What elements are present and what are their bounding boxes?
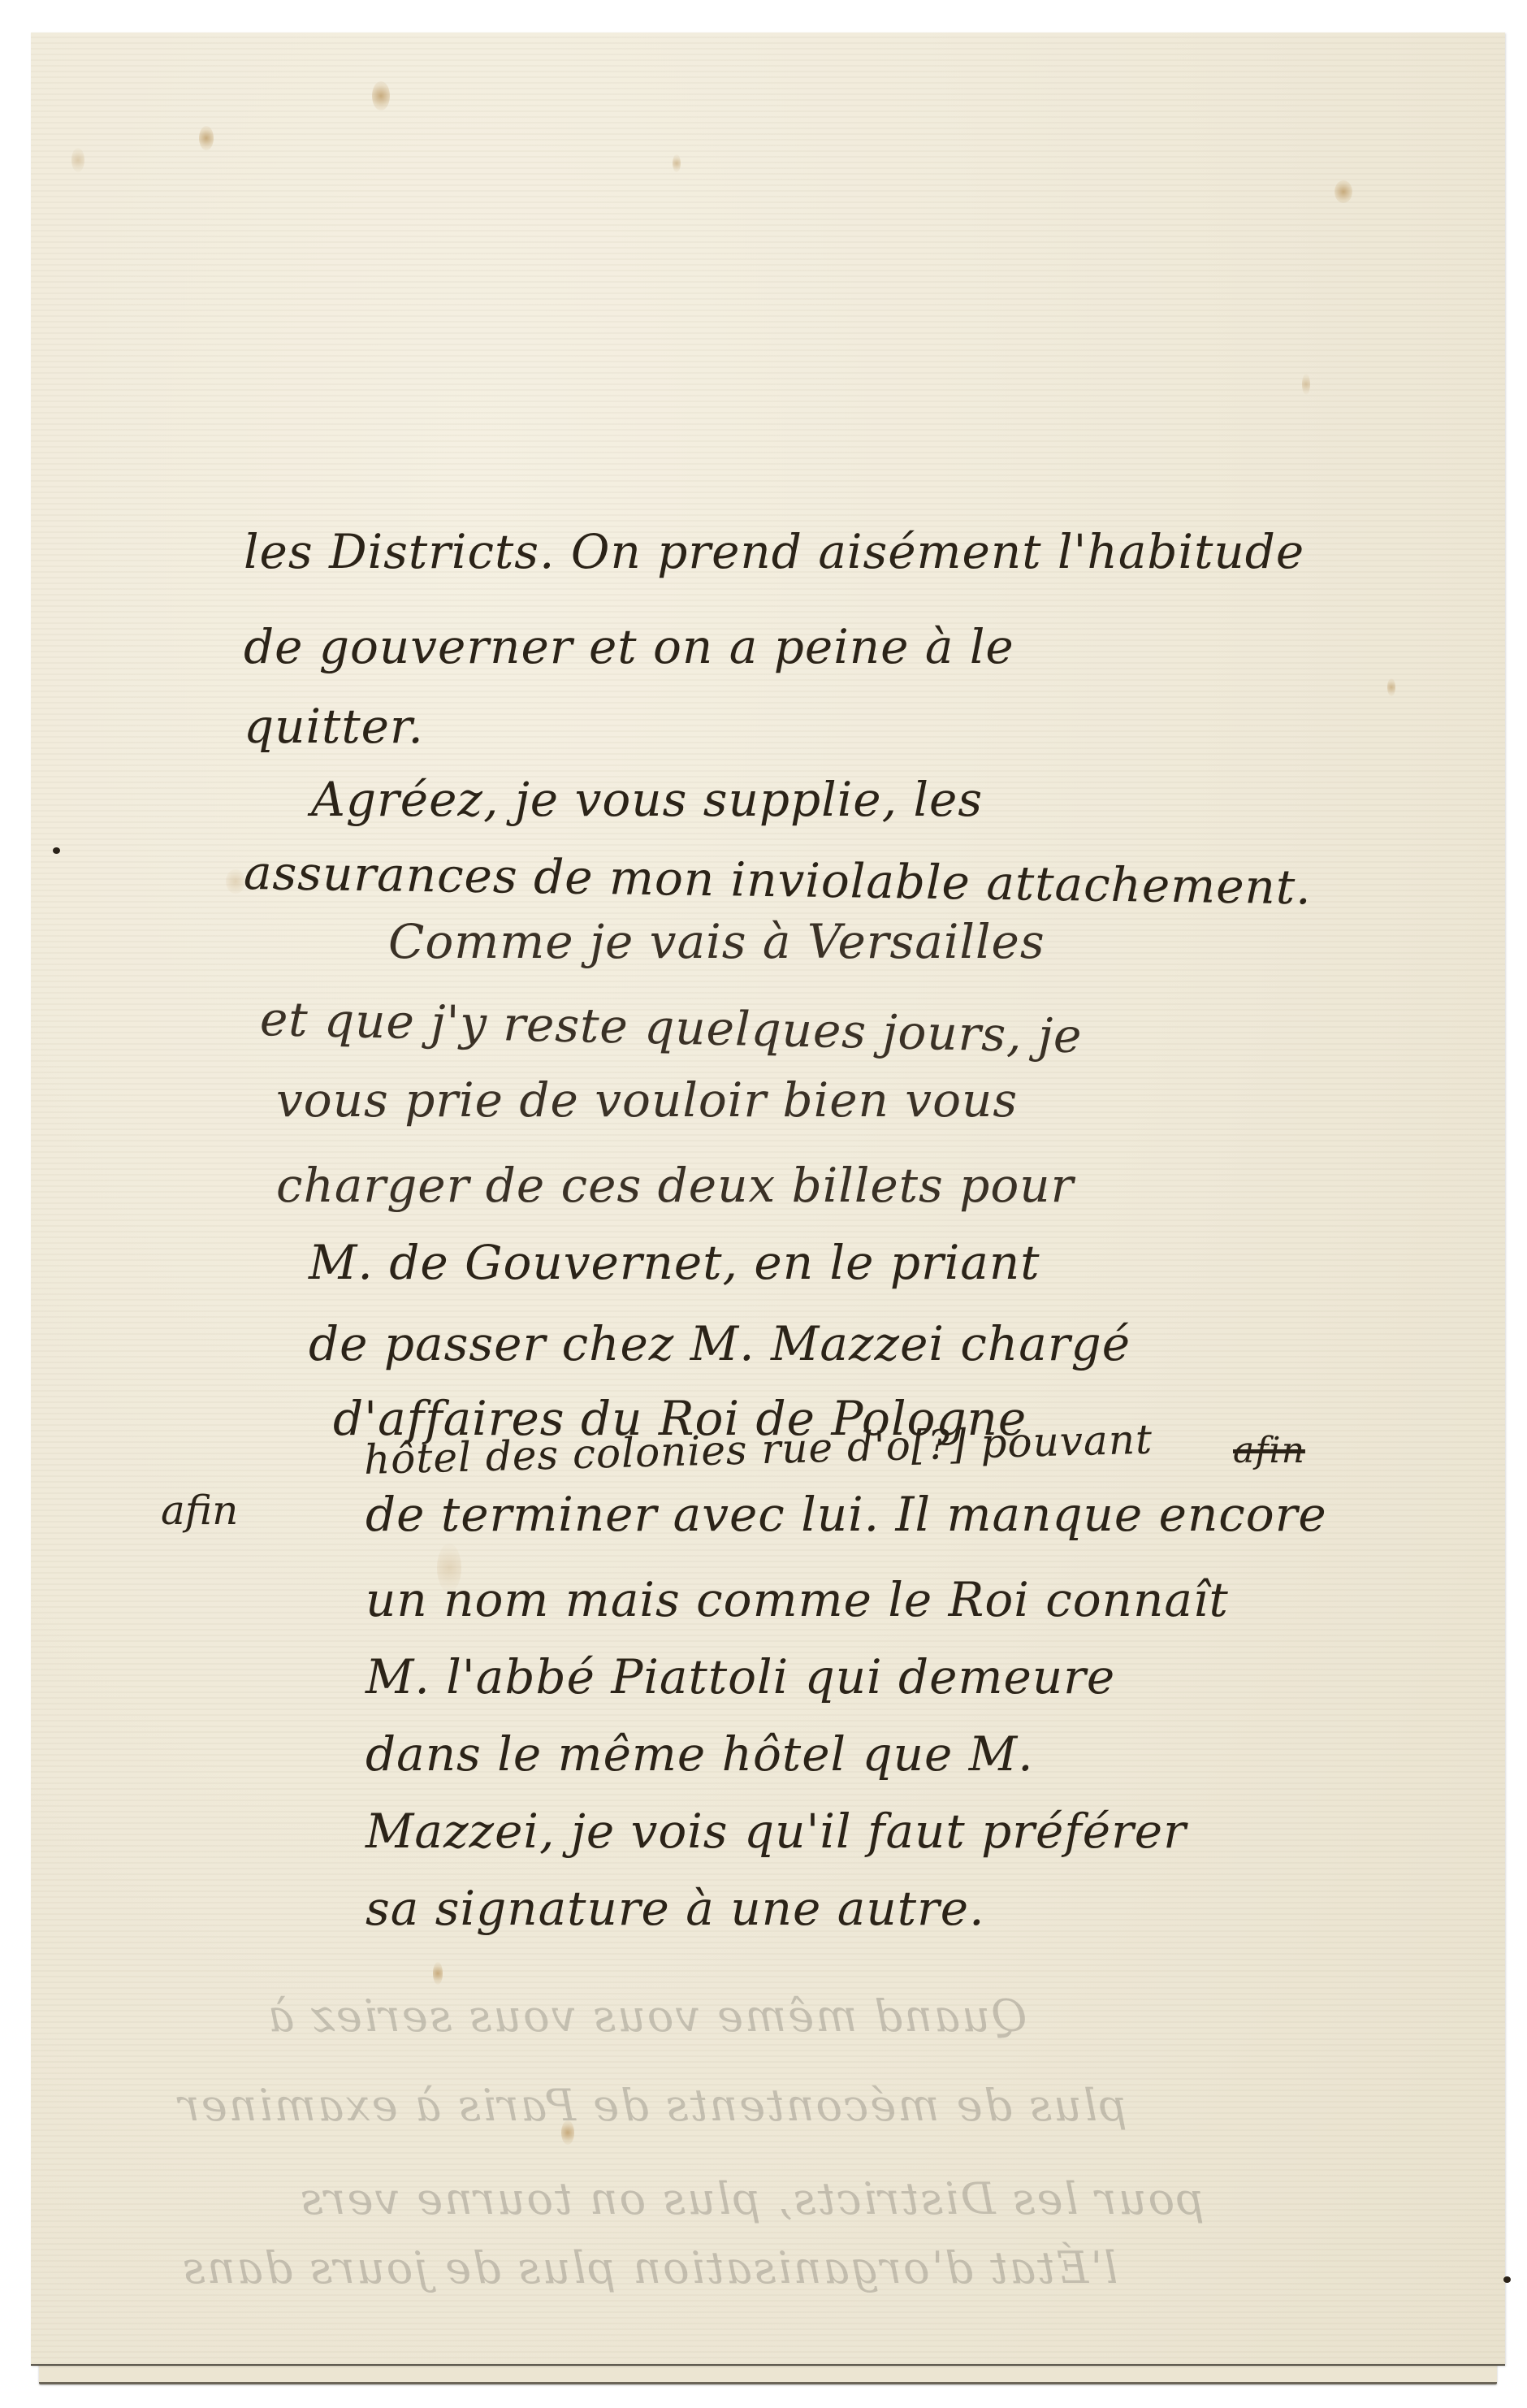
foxing-spot — [372, 81, 390, 110]
bleed-through-line: pour les Districts, plus on tourne vers — [299, 2173, 1205, 2224]
foxing-spot — [226, 869, 245, 894]
letter-line: M. de Gouvernet, en le priant — [309, 1235, 1040, 1290]
letter-line: M. l'abbé Piattoli qui demeure — [366, 1649, 1115, 1704]
foxing-spot — [71, 148, 84, 172]
letter-line: Mazzei, je vois qu'il faut préférer — [366, 1804, 1187, 1859]
letter-line: de terminer avec lui. Il manque encore — [366, 1487, 1327, 1542]
foxing-spot — [673, 154, 681, 172]
ink-dot — [1503, 2276, 1511, 2283]
letter-line: Comme je vais à Versailles — [388, 914, 1045, 969]
letter-line: quitter. — [244, 699, 424, 754]
letter-line: de gouverner et on a peine à le — [244, 619, 1014, 674]
letter-line: les Districts. On prend aisément l'habit… — [244, 524, 1304, 579]
foxing-spot — [1335, 180, 1352, 203]
letter-line: un nom mais comme le Roi connaît — [366, 1572, 1229, 1627]
bleed-through-line: plus de mécontents de Paris à examiner — [177, 2080, 1127, 2131]
letter-line: et que j'y reste quelques jours, je — [259, 991, 1083, 1063]
letter-line: vous prie de vouloir bien vous — [276, 1072, 1018, 1128]
letter-line: charger de ces deux billets pour — [276, 1158, 1074, 1213]
struck-word: afin — [1233, 1430, 1305, 1471]
foxing-spot — [433, 1962, 443, 1985]
foxing-spot — [1387, 678, 1395, 696]
letter-line: assurances de mon inviolable attachement… — [244, 845, 1313, 915]
ink-dot — [53, 847, 60, 854]
bleed-through-line: Quand même vous vous seriez à — [266, 1990, 1027, 2042]
foxing-spot — [199, 126, 214, 150]
letter-page: Quand même vous vous seriez à plus de mé… — [31, 32, 1505, 2366]
foxing-spot — [1302, 374, 1310, 395]
letter-line: sa signature à une autre. — [366, 1881, 985, 1936]
bleed-through-line: l'État d'organisation plus de jours dans — [181, 2242, 1118, 2293]
letter-line: de passer chez M. Mazzei chargé — [309, 1316, 1131, 1371]
letter-line: Agréez, je vous supplie, les — [311, 772, 983, 827]
margin-note: afin — [161, 1487, 238, 1534]
letter-line: dans le même hôtel que M. — [366, 1726, 1034, 1782]
